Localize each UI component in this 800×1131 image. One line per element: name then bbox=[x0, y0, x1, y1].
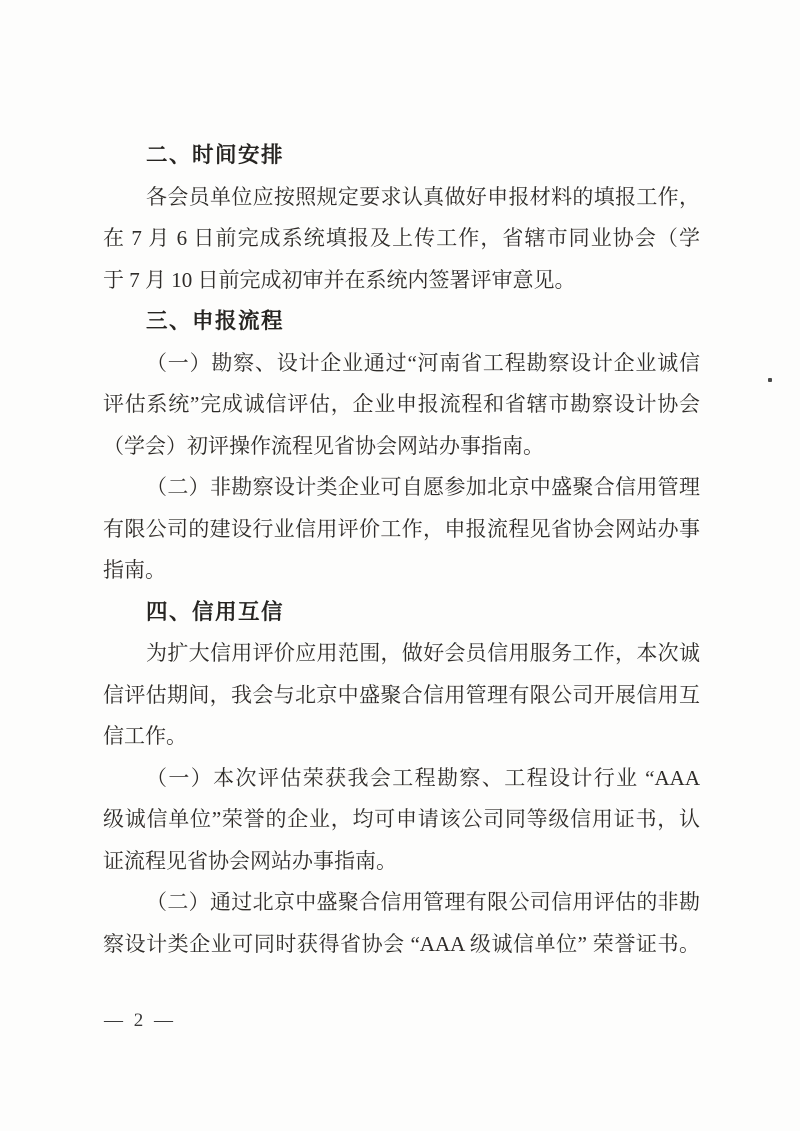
page-number: — 2 — bbox=[104, 1004, 176, 1038]
text-line: 评估系统”完成诚信评估，企业申报流程和省辖市勘察设计协会 bbox=[103, 384, 700, 426]
text-line: （一）勘察、设计企业通过“河南省工程勘察设计企业诚信 bbox=[103, 343, 700, 385]
text-line: （二）非勘察设计类企业可自愿参加北京中盛聚合信用管理 bbox=[103, 467, 700, 509]
text-line: 在 7 月 6 日前完成系统填报及上传工作，省辖市同业协会（学会） bbox=[103, 218, 700, 260]
text-line: （学会）初评操作流程见省协会网站办事指南。 bbox=[103, 426, 700, 468]
text-line: 各会员单位应按照规定要求认真做好申报材料的填报工作， bbox=[103, 177, 700, 219]
text-line: 察设计类企业可同时获得省协会 “AAA 级诚信单位” 荣誉证书。 bbox=[103, 924, 700, 966]
text-block: 二、时间安排 各会员单位应按照规定要求认真做好申报材料的填报工作， 在 7 月 … bbox=[103, 135, 700, 965]
text-line: 有限公司的建设行业信用评价工作，申报流程见省协会网站办事 bbox=[103, 509, 700, 551]
section-heading: 三、申报流程 bbox=[103, 301, 700, 343]
text-line: 级诚信单位”荣誉的企业，均可申请该公司同等级信用证书，认 bbox=[103, 799, 700, 841]
text-line: 指南。 bbox=[103, 550, 700, 592]
text-line: （二）通过北京中盛聚合信用管理有限公司信用评估的非勘 bbox=[103, 882, 700, 924]
section-heading: 四、信用互信 bbox=[103, 592, 700, 634]
text-line: 为扩大信用评价应用范围，做好会员信用服务工作，本次诚 bbox=[103, 633, 700, 675]
scan-speck bbox=[768, 378, 772, 382]
section-heading: 二、时间安排 bbox=[103, 135, 700, 177]
document-page: 二、时间安排 各会员单位应按照规定要求认真做好申报材料的填报工作， 在 7 月 … bbox=[0, 0, 800, 1131]
text-line: 信评估期间，我会与北京中盛聚合信用管理有限公司开展信用互 bbox=[103, 675, 700, 717]
text-line: 信工作。 bbox=[103, 716, 700, 758]
text-line: 于 7 月 10 日前完成初审并在系统内签署评审意见。 bbox=[103, 260, 700, 302]
text-line: 证流程见省协会网站办事指南。 bbox=[103, 841, 700, 883]
text-line: （一）本次评估荣获我会工程勘察、工程设计行业 “AAA bbox=[103, 758, 700, 800]
